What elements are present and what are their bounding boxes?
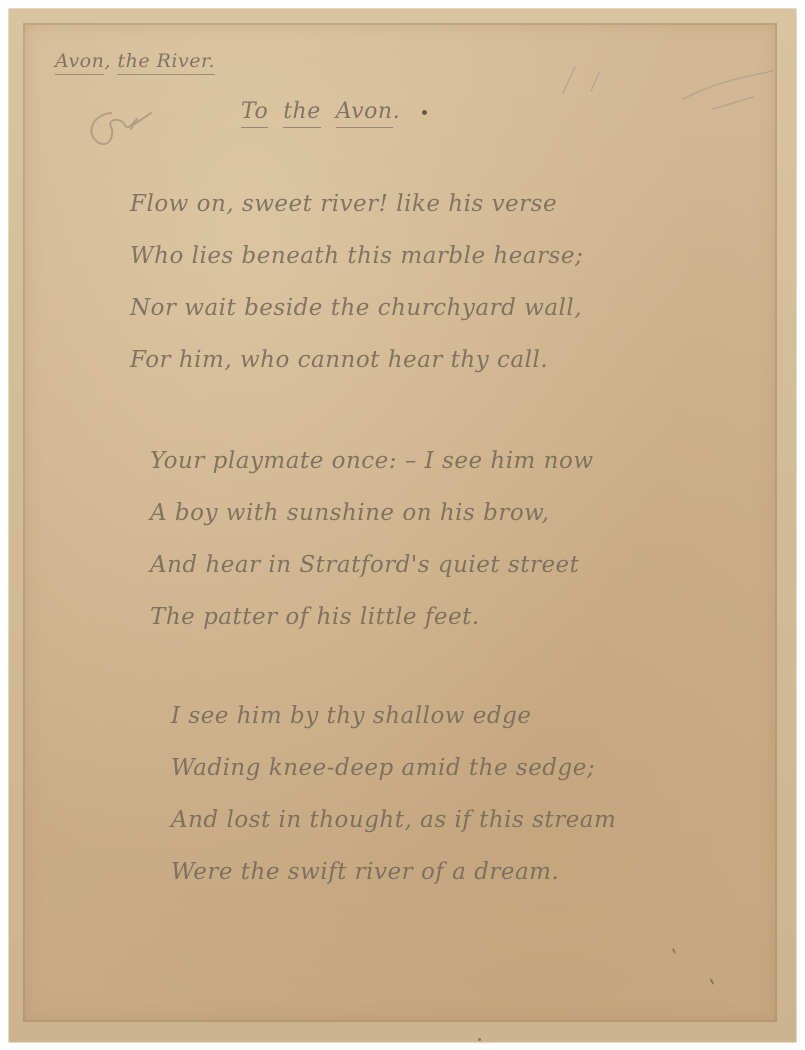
poem-line: The patter of his little feet. [150, 591, 594, 643]
paper-speck [478, 1038, 481, 1041]
paper-speck [672, 948, 676, 954]
poem-line: Your playmate once: – I see him now [150, 435, 594, 487]
poem-line: I see him by thy shallow edge [171, 690, 616, 742]
stanza-2: Your playmate once: – I see him now A bo… [150, 435, 594, 643]
poem-line: And lost in thought, as if this stream [171, 794, 616, 846]
poem-line: And hear in Stratford's quiet street [150, 539, 594, 591]
paper-speck [709, 978, 714, 985]
title-word-to: To [241, 99, 268, 128]
poem-line: A boy with sunshine on his brow, [150, 487, 594, 539]
page-inner-area: Avon, the River. To the Avon. Flow on, s… [23, 23, 777, 1022]
stanza-3: I see him by thy shallow edge Wading kne… [171, 690, 616, 898]
poem-line: Nor wait beside the churchyard wall, [130, 282, 583, 334]
title-word-avon: Avon [336, 99, 393, 128]
title-period: . [393, 99, 401, 124]
manuscript-sheet: Avon, the River. To the Avon. Flow on, s… [8, 8, 797, 1043]
title-word-the: the [283, 99, 321, 128]
ink-dot [422, 110, 427, 115]
label-avon: Avon [55, 50, 104, 75]
label-separator: , [104, 50, 117, 72]
poem-line: Who lies beneath this marble hearse; [130, 230, 583, 282]
archive-label: Avon, the River. [55, 50, 215, 72]
scribble-mark-icon [81, 105, 156, 150]
label-river: the River. [117, 50, 215, 75]
poem-line: Were the swift river of a dream. [171, 846, 616, 898]
poem-title: To the Avon. [241, 99, 427, 124]
poem-line: Flow on, sweet river! like his verse [130, 178, 583, 230]
stanza-1: Flow on, sweet river! like his verse Who… [130, 178, 583, 386]
poem-line: Wading knee-deep amid the sedge; [171, 742, 616, 794]
faint-pencil-marks-icon [543, 53, 783, 123]
poem-line: For him, who cannot hear thy call. [130, 334, 583, 386]
